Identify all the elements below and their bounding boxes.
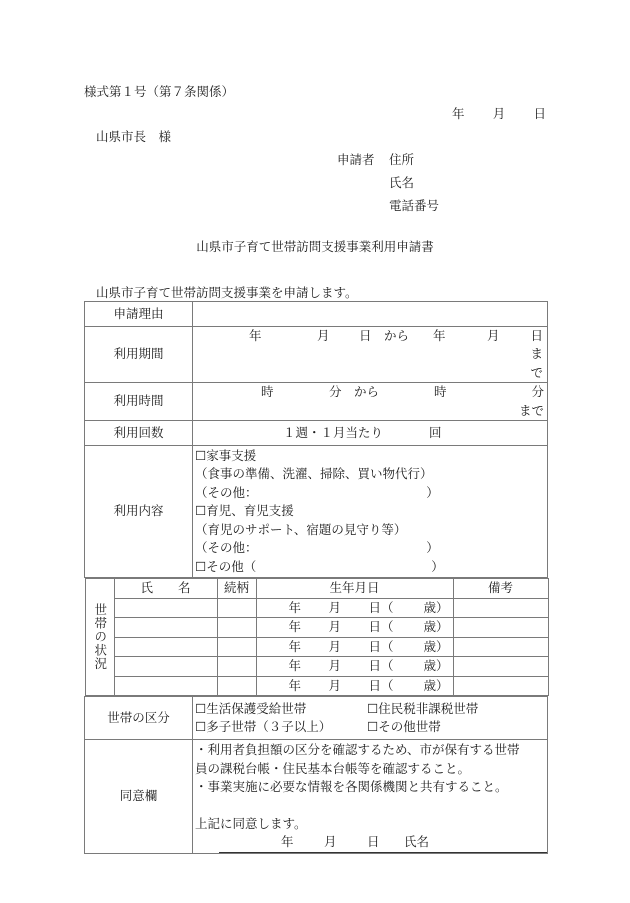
birth-day: 日（: [369, 638, 419, 657]
consent-row: 同意欄 ・利用者負担額の区分を確認するため、市が保有する世帯 員の課税台帳・住民…: [85, 740, 548, 854]
household-row: 世帯の状況 氏 名 続柄 生年月日 備考 年月日（歳） 年月日（歳）: [85, 578, 548, 697]
birth-month: 月: [329, 599, 369, 618]
period-field[interactable]: 年 月 日 から 年 月 日まで: [193, 326, 548, 383]
household-label: 世帯の状況: [90, 603, 109, 671]
form-number: 様式第１号（第７条関係）: [84, 82, 234, 100]
time-to-hour: 時: [434, 383, 519, 420]
period-to-month: 月: [487, 327, 529, 383]
period-from-year: 年: [249, 327, 317, 383]
household-member-row: 年月日（歳）: [85, 657, 548, 677]
applicant-label: 申請者: [337, 150, 375, 168]
addressee: 山県市長 様: [96, 127, 171, 145]
category-label: 世帯の区分: [85, 697, 193, 740]
member-name-field[interactable]: [114, 598, 217, 618]
category-row: 世帯の区分 ☐生活保護受給世帯 ☐住民税非課税世帯 ☐多子世帯（３子以上） ☐そ…: [85, 697, 548, 740]
count-per: １週・１月当たり: [283, 424, 425, 443]
consent-item-1b: 員の課税台帳・住民基本台帳等を確認すること。: [195, 760, 543, 779]
option-housework[interactable]: ☐家事支援: [195, 447, 547, 466]
phone-field[interactable]: 電話番号: [389, 196, 439, 214]
time-label: 利用時間: [85, 383, 193, 421]
time-row: 利用時間 時 分 から 時 分 まで: [85, 383, 548, 421]
birth-year: 年: [289, 677, 329, 696]
birth-age: 歳）: [419, 638, 449, 657]
time-field[interactable]: 時 分 から 時 分 まで: [193, 383, 548, 421]
submission-date: 年 月 日: [452, 104, 546, 122]
period-to-day: 日まで: [529, 327, 543, 383]
date-month-label: 月: [493, 104, 506, 122]
birth-age: 歳）: [419, 618, 449, 637]
address-field[interactable]: 住所: [389, 150, 414, 168]
content-row: 利用内容 ☐家事支援 （食事の準備、洗濯、掃除、買い物代行） （その他： ） ☐…: [85, 445, 548, 578]
member-note-field[interactable]: [453, 657, 548, 677]
name-field[interactable]: 氏名: [389, 173, 414, 191]
household-member-row: 年月日（歳）: [85, 598, 548, 618]
consent-agree: 上記に同意します。: [195, 815, 543, 834]
member-name-field[interactable]: [114, 657, 217, 677]
member-note-field[interactable]: [453, 618, 548, 638]
consent-item-2: ・事業実施に必要な情報を各関係機関と共有すること。: [195, 778, 543, 797]
birth-day: 日（: [369, 599, 419, 618]
application-table: 申請理由 利用期間 年 月 日 から 年 月 日まで 利用時間 時 分 から 時…: [84, 301, 548, 854]
member-name-field[interactable]: [114, 618, 217, 638]
col-name: 氏 名: [114, 579, 217, 599]
document-title: 山県市子育て世帯訪問支援事業利用申請書: [0, 237, 630, 255]
consent-label: 同意欄: [85, 740, 193, 854]
count-row: 利用回数 １週・１月当たり 回: [85, 421, 548, 446]
birth-year: 年: [289, 657, 329, 676]
time-to-minute: 分 まで: [519, 383, 544, 420]
childcare-other-field[interactable]: （その他： ）: [195, 539, 547, 558]
consent-signature-field[interactable]: 年 月 日 氏名: [219, 833, 547, 853]
time-from-hour: 時: [261, 383, 329, 420]
household-member-row: 年月日（歳）: [85, 676, 548, 696]
member-birth-field[interactable]: 年月日（歳）: [256, 657, 453, 677]
birth-day: 日（: [369, 618, 419, 637]
member-relation-field[interactable]: [217, 637, 256, 657]
date-day-label: 日: [533, 104, 546, 122]
lead-text: 山県市子育て世帯訪問支援事業を申請します。: [96, 283, 358, 301]
household-member-row: 年月日（歳）: [85, 618, 548, 638]
member-name-field[interactable]: [114, 676, 217, 696]
birth-age: 歳）: [419, 599, 449, 618]
birth-year: 年: [289, 618, 329, 637]
col-relation: 続柄: [217, 579, 256, 599]
member-note-field[interactable]: [453, 598, 548, 618]
option-tax-exempt[interactable]: ☐住民税非課税世帯: [367, 700, 547, 719]
household-table: 世帯の状況 氏 名 続柄 生年月日 備考 年月日（歳） 年月日（歳）: [85, 578, 549, 696]
member-relation-field[interactable]: [217, 618, 256, 638]
category-options: ☐生活保護受給世帯 ☐住民税非課税世帯 ☐多子世帯（３子以上） ☐その他世帯: [193, 697, 548, 740]
household-member-row: 年月日（歳）: [85, 637, 548, 657]
col-birth: 生年月日: [256, 579, 453, 599]
consent-item-1a: ・利用者負担額の区分を確認するため、市が保有する世帯: [195, 741, 543, 760]
childcare-detail: （育児のサポート、宿題の見守り等）: [195, 521, 547, 540]
reason-row: 申請理由: [85, 302, 548, 327]
member-birth-field[interactable]: 年月日（歳）: [256, 618, 453, 638]
member-note-field[interactable]: [453, 676, 548, 696]
count-field[interactable]: １週・１月当たり 回: [193, 421, 548, 446]
consent-body: ・利用者負担額の区分を確認するため、市が保有する世帯 員の課税台帳・住民基本台帳…: [193, 740, 548, 854]
option-childcare[interactable]: ☐育児、育児支援: [195, 502, 547, 521]
date-year-label: 年: [452, 104, 465, 122]
time-from-minute: 分 から: [329, 383, 434, 420]
household-label-cell: 世帯の状況: [85, 579, 114, 696]
option-other[interactable]: ☐その他（ ）: [195, 558, 547, 577]
birth-month: 月: [329, 618, 369, 637]
option-other-household[interactable]: ☐その他世帯: [367, 718, 547, 737]
period-label: 利用期間: [85, 326, 193, 383]
sign-year: 年: [281, 833, 324, 852]
content-options: ☐家事支援 （食事の準備、洗濯、掃除、買い物代行） （その他： ） ☐育児、育児…: [193, 445, 548, 578]
member-name-field[interactable]: [114, 637, 217, 657]
member-relation-field[interactable]: [217, 676, 256, 696]
option-multi-child[interactable]: ☐多子世帯（３子以上）: [195, 718, 367, 737]
member-relation-field[interactable]: [217, 598, 256, 618]
member-note-field[interactable]: [453, 637, 548, 657]
sign-day: 日: [367, 833, 404, 852]
sign-month: 月: [324, 833, 367, 852]
birth-year: 年: [289, 638, 329, 657]
applicant-block: 申請者 住所 氏名 電話番号: [337, 150, 537, 220]
birth-age: 歳）: [419, 657, 449, 676]
birth-day: 日（: [369, 657, 419, 676]
period-row: 利用期間 年 月 日 から 年 月 日まで: [85, 326, 548, 383]
option-welfare[interactable]: ☐生活保護受給世帯: [195, 700, 367, 719]
birth-month: 月: [329, 638, 369, 657]
sign-name: 氏名: [404, 833, 429, 852]
housework-other-field[interactable]: （その他： ）: [195, 484, 547, 503]
period-to-year: 年: [419, 327, 487, 383]
period-from-month: 月: [317, 327, 359, 383]
reason-label: 申請理由: [85, 302, 193, 327]
housework-detail: （食事の準備、洗濯、掃除、買い物代行）: [195, 465, 547, 484]
col-note: 備考: [453, 579, 548, 599]
birth-month: 月: [329, 657, 369, 676]
member-birth-field[interactable]: 年月日（歳）: [256, 598, 453, 618]
birth-year: 年: [289, 599, 329, 618]
member-birth-field[interactable]: 年月日（歳）: [256, 676, 453, 696]
count-unit: 回: [429, 425, 442, 440]
birth-day: 日（: [369, 677, 419, 696]
member-relation-field[interactable]: [217, 657, 256, 677]
reason-field[interactable]: [193, 302, 548, 327]
content-label: 利用内容: [85, 445, 193, 578]
birth-month: 月: [329, 677, 369, 696]
period-from-day: 日 から: [359, 327, 419, 383]
birth-age: 歳）: [419, 677, 449, 696]
count-label: 利用回数: [85, 421, 193, 446]
member-birth-field[interactable]: 年月日（歳）: [256, 637, 453, 657]
